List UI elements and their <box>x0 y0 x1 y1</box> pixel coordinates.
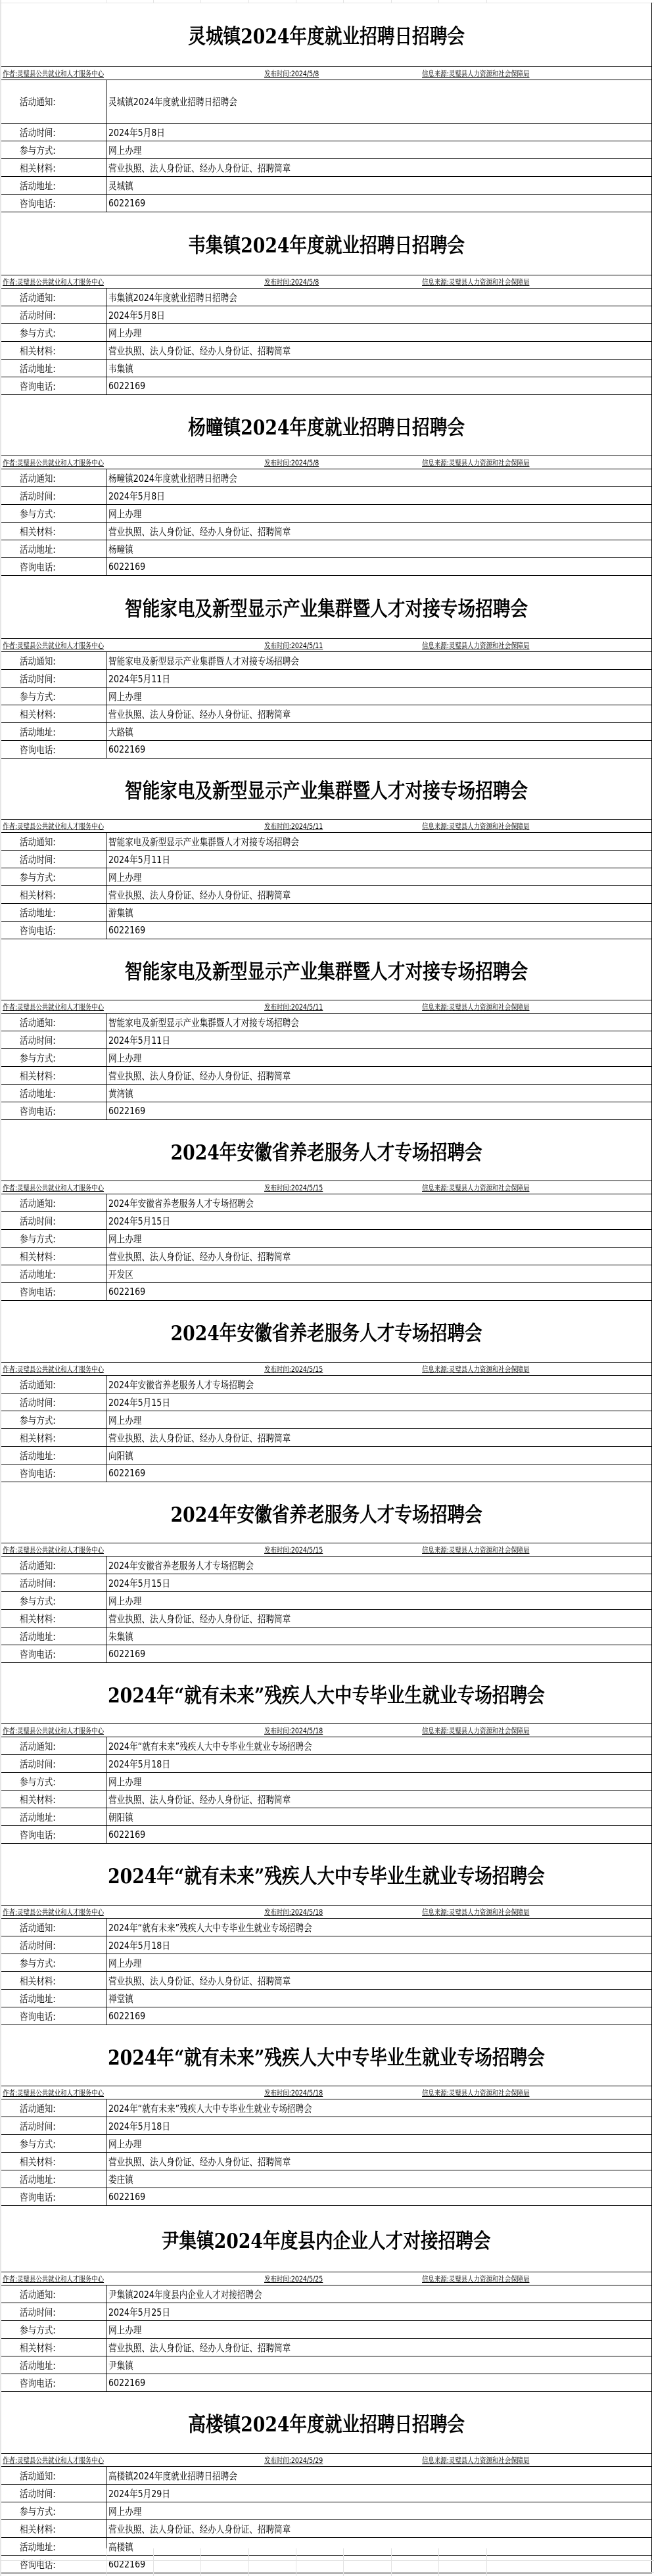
label-phone: 咨询电话: <box>1 1102 106 1119</box>
value-notice[interactable]: 2024年安徽省养老服务人才专场招聘会 <box>106 1376 651 1393</box>
value-method[interactable]: 网上办理 <box>106 1592 651 1609</box>
label-materials: 相关材料: <box>1 159 106 176</box>
author-text: 作者:灵璧县公共就业和人才服务中心 <box>3 1906 104 1919</box>
source-text: 信息来源:灵璧县人力资源和社会保障局 <box>422 1182 529 1194</box>
value-method[interactable]: 网上办理 <box>106 1411 651 1428</box>
author-text: 作者:灵璧县公共就业和人才服务中心 <box>3 2454 104 2467</box>
author-text: 作者:灵璧县公共就业和人才服务中心 <box>3 1182 104 1194</box>
block-title: 2024年“就有未来”残疾人大中专毕业生就业专场招聘会 <box>108 2041 545 2071</box>
value-materials[interactable]: 营业执照、法人身份证、经办人身份证、招聘简章 <box>106 1429 651 1446</box>
row-method[interactable]: 参与方式: 网上办理 <box>1 1592 651 1610</box>
row-phone[interactable]: 咨询电话: 6022169 <box>1 741 651 759</box>
value-address[interactable]: 娄庄镇 <box>106 2170 651 2188</box>
meta-row[interactable]: 作者:灵璧县公共就业和人才服务中心 发布时间:2024/5/18 信息来源:灵璧… <box>1 2086 651 2099</box>
row-method[interactable]: 参与方式: 网上办理 <box>1 324 651 342</box>
row-notice[interactable]: 活动通知: 杨疃镇2024年度就业招聘日招聘会 <box>1 469 651 487</box>
row-phone[interactable]: 咨询电话: 6022169 <box>1 377 651 395</box>
label-time: 活动时间: <box>1 1393 106 1411</box>
row-address[interactable]: 活动地址: 灵城镇 <box>1 177 651 195</box>
label-method: 参与方式: <box>1 1592 106 1609</box>
label-materials: 相关材料: <box>1 2339 106 2356</box>
row-notice[interactable]: 活动通知: 2024年安徽省养老服务人才专场招聘会 <box>1 1194 651 1212</box>
row-time[interactable]: 活动时间: 2024年5月29日 <box>1 2485 651 2502</box>
row-address[interactable]: 活动地址: 向阳镇 <box>1 1447 651 1464</box>
row-method[interactable]: 参与方式: 网上办理 <box>1 141 651 159</box>
row-method[interactable]: 参与方式: 网上办理 <box>1 2502 651 2520</box>
title-cell[interactable]: 2024年“就有未来”残疾人大中专毕业生就业专场招聘会 <box>1 2025 651 2086</box>
label-materials: 相关材料: <box>1 2520 106 2537</box>
publish-date-text: 发布时间:2024/5/11 <box>264 820 323 833</box>
value-time[interactable]: 2024年5月11日 <box>106 851 651 868</box>
value-notice[interactable]: 2024年“就有未来”残疾人大中专毕业生就业专场招聘会 <box>106 1737 651 1754</box>
value-materials[interactable]: 营业执照、法人身份证、经办人身份证、招聘简章 <box>106 1067 651 1084</box>
author-text: 作者:灵璧县公共就业和人才服务中心 <box>3 1363 104 1376</box>
row-notice[interactable]: 活动通知: 智能家电及新型显示产业集群暨人才对接专场招聘会 <box>1 652 651 670</box>
source-text: 信息来源:灵璧县人力资源和社会保障局 <box>422 1001 529 1014</box>
row-time[interactable]: 活动时间: 2024年5月18日 <box>1 1936 651 1954</box>
value-address[interactable]: 游集镇 <box>106 904 651 921</box>
value-time[interactable]: 2024年5月15日 <box>106 1574 651 1591</box>
value-method[interactable]: 网上办理 <box>106 324 651 341</box>
value-notice[interactable]: 灵城镇2024年度就业招聘日招聘会 <box>106 80 651 123</box>
value-phone[interactable]: 6022169 <box>106 741 651 758</box>
label-notice: 活动通知: <box>1 1737 106 1754</box>
value-notice[interactable]: 智能家电及新型显示产业集群暨人才对接专场招聘会 <box>106 1014 651 1031</box>
row-notice[interactable]: 活动通知: 2024年安徽省养老服务人才专场招聘会 <box>1 1557 651 1574</box>
label-phone: 咨询电话: <box>1 922 106 939</box>
row-time[interactable]: 活动时间: 2024年5月18日 <box>1 2117 651 2135</box>
value-address[interactable]: 韦集镇 <box>106 360 651 377</box>
meta-row[interactable]: 作者:灵璧县公共就业和人才服务中心 发布时间:2024/5/11 信息来源:灵璧… <box>1 1000 651 1014</box>
value-phone[interactable]: 6022169 <box>106 2007 651 2025</box>
row-materials[interactable]: 相关材料: 营业执照、法人身份证、经办人身份证、招聘简章 <box>1 1972 651 1990</box>
publish-date-text: 发布时间:2024/5/15 <box>264 1182 323 1194</box>
title-cell[interactable]: 2024年“就有未来”残疾人大中专毕业生就业专场招聘会 <box>1 1844 651 1906</box>
value-time[interactable]: 2024年5月11日 <box>106 1031 651 1048</box>
value-materials[interactable]: 营业执照、法人身份证、经办人身份证、招聘简章 <box>106 1972 651 1989</box>
value-notice[interactable]: 韦集镇2024年度就业招聘日招聘会 <box>106 289 651 306</box>
row-method[interactable]: 参与方式: 网上办理 <box>1 1411 651 1429</box>
job-fair-block: 智能家电及新型显示产业集群暨人才对接专场招聘会 作者:灵璧县公共就业和人才服务中… <box>1 759 652 939</box>
value-materials[interactable]: 营业执照、法人身份证、经办人身份证、招聘简章 <box>106 705 651 722</box>
value-address[interactable]: 灵城镇 <box>106 177 651 194</box>
row-phone[interactable]: 咨询电话: 6022169 <box>1 2007 651 2025</box>
label-notice: 活动通知: <box>1 1194 106 1211</box>
value-materials[interactable]: 营业执照、法人身份证、经办人身份证、招聘简章 <box>106 1248 651 1265</box>
label-address: 活动地址: <box>1 1447 106 1464</box>
row-phone[interactable]: 咨询电话: 6022169 <box>1 1102 651 1120</box>
row-notice[interactable]: 活动通知: 灵城镇2024年度就业招聘日招聘会 <box>1 80 651 124</box>
row-method[interactable]: 参与方式: 网上办理 <box>1 1049 651 1067</box>
row-time[interactable]: 活动时间: 2024年5月8日 <box>1 487 651 505</box>
source-text: 信息来源:灵璧县人力资源和社会保障局 <box>422 276 529 289</box>
row-materials[interactable]: 相关材料: 营业执照、法人身份证、经办人身份证、招聘简章 <box>1 1067 651 1085</box>
label-address: 活动地址: <box>1 1990 106 2007</box>
value-phone[interactable]: 6022169 <box>106 1464 651 1482</box>
row-address[interactable]: 活动地址: 尹集镇 <box>1 2356 651 2374</box>
row-address[interactable]: 活动地址: 开发区 <box>1 1265 651 1283</box>
value-method[interactable]: 网上办理 <box>106 868 651 885</box>
label-notice: 活动通知: <box>1 80 106 123</box>
title-cell[interactable]: 杨疃镇2024年度就业招聘日招聘会 <box>1 395 651 456</box>
label-time: 活动时间: <box>1 487 106 504</box>
label-address: 活动地址: <box>1 904 106 921</box>
value-materials[interactable]: 营业执照、法人身份证、经办人身份证、招聘简章 <box>106 2520 651 2537</box>
value-time[interactable]: 2024年5月11日 <box>106 670 651 687</box>
value-notice[interactable]: 2024年“就有未来”残疾人大中专毕业生就业专场招聘会 <box>106 1919 651 1936</box>
value-address[interactable]: 朝阳镇 <box>106 1808 651 1825</box>
row-phone[interactable]: 咨询电话: 6022169 <box>1 1826 651 1844</box>
value-address[interactable]: 向阳镇 <box>106 1447 651 1464</box>
value-method[interactable]: 网上办理 <box>106 1773 651 1790</box>
value-phone[interactable]: 6022169 <box>106 1102 651 1119</box>
row-phone[interactable]: 咨询电话: 6022169 <box>1 195 651 212</box>
value-method[interactable]: 网上办理 <box>106 688 651 705</box>
publish-date-text: 发布时间:2024/5/8 <box>264 276 319 289</box>
label-method: 参与方式: <box>1 2321 106 2338</box>
label-address: 活动地址: <box>1 2170 106 2188</box>
value-materials[interactable]: 营业执照、法人身份证、经办人身份证、招聘简章 <box>106 1610 651 1627</box>
row-notice[interactable]: 活动通知: 智能家电及新型显示产业集群暨人才对接专场招聘会 <box>1 1014 651 1031</box>
value-address[interactable]: 朱集镇 <box>106 1628 651 1645</box>
row-notice[interactable]: 活动通知: 尹集镇2024年度县内企业人才对接招聘会 <box>1 2285 651 2303</box>
source-text: 信息来源:灵璧县人力资源和社会保障局 <box>422 1725 529 1737</box>
value-method[interactable]: 网上办理 <box>106 1230 651 1247</box>
title-cell[interactable]: 智能家电及新型显示产业集群暨人才对接专场招聘会 <box>1 759 651 820</box>
label-method: 参与方式: <box>1 1230 106 1247</box>
row-method[interactable]: 参与方式: 网上办理 <box>1 2135 651 2153</box>
row-time[interactable]: 活动时间: 2024年5月15日 <box>1 1574 651 1592</box>
value-phone[interactable]: 6022169 <box>106 195 651 212</box>
value-time[interactable]: 2024年5月8日 <box>106 487 651 504</box>
job-fair-block: 2024年安徽省养老服务人才专场招聘会 作者:灵璧县公共就业和人才服务中心 发布… <box>1 1120 652 1301</box>
spreadsheet[interactable]: 灵城镇2024年度就业招聘日招聘会 作者:灵璧县公共就业和人才服务中心 发布时间… <box>1 3 652 2573</box>
row-phone[interactable]: 咨询电话: 6022169 <box>1 558 651 576</box>
value-notice[interactable]: 尹集镇2024年度县内企业人才对接招聘会 <box>106 2285 651 2303</box>
row-materials[interactable]: 相关材料: 营业执照、法人身份证、经办人身份证、招聘简章 <box>1 2339 651 2356</box>
value-method[interactable]: 网上办理 <box>106 2502 651 2519</box>
label-method: 参与方式: <box>1 1954 106 1971</box>
row-time[interactable]: 活动时间: 2024年5月8日 <box>1 306 651 324</box>
value-method[interactable]: 网上办理 <box>106 2321 651 2338</box>
row-time[interactable]: 活动时间: 2024年5月18日 <box>1 1755 651 1773</box>
source-text: 信息来源:灵璧县人力资源和社会保障局 <box>422 68 529 80</box>
row-time[interactable]: 活动时间: 2024年5月25日 <box>1 2303 651 2321</box>
meta-row[interactable]: 作者:灵璧县公共就业和人才服务中心 发布时间:2024/5/18 信息来源:灵璧… <box>1 1906 651 1919</box>
value-notice[interactable]: 智能家电及新型显示产业集群暨人才对接专场招聘会 <box>106 652 651 669</box>
value-address[interactable]: 禅堂镇 <box>106 1990 651 2007</box>
value-time[interactable]: 2024年5月15日 <box>106 1393 651 1411</box>
row-materials[interactable]: 相关材料: 营业执照、法人身份证、经办人身份证、招聘简章 <box>1 1248 651 1265</box>
value-method[interactable]: 网上办理 <box>106 505 651 522</box>
label-time: 活动时间: <box>1 2485 106 2502</box>
value-materials[interactable]: 营业执照、法人身份证、经办人身份证、招聘简章 <box>106 2339 651 2356</box>
block-title: 智能家电及新型显示产业集群暨人才对接专场招聘会 <box>125 774 528 804</box>
title-cell[interactable]: 智能家电及新型显示产业集群暨人才对接专场招聘会 <box>1 939 651 1000</box>
title-cell[interactable]: 2024年安徽省养老服务人才专场招聘会 <box>1 1120 651 1181</box>
label-materials: 相关材料: <box>1 1429 106 1446</box>
value-phone[interactable]: 6022169 <box>106 1826 651 1843</box>
row-time[interactable]: 活动时间: 2024年5月11日 <box>1 1031 651 1049</box>
label-materials: 相关材料: <box>1 1248 106 1265</box>
meta-row[interactable]: 作者:灵璧县公共就业和人才服务中心 发布时间:2024/5/8 信息来源:灵璧县… <box>1 456 651 469</box>
value-notice[interactable]: 2024年安徽省养老服务人才专场招聘会 <box>106 1557 651 1574</box>
row-address[interactable]: 活动地址: 游集镇 <box>1 904 651 922</box>
source-text: 信息来源:灵璧县人力资源和社会保障局 <box>422 1363 529 1376</box>
empty-cell-grid[interactable] <box>0 2548 654 2576</box>
row-address[interactable]: 活动地址: 朝阳镇 <box>1 1808 651 1826</box>
label-phone: 咨询电话: <box>1 1283 106 1300</box>
meta-row[interactable]: 作者:灵璧县公共就业和人才服务中心 发布时间:2024/5/15 信息来源:灵璧… <box>1 1543 651 1557</box>
label-notice: 活动通知: <box>1 1919 106 1936</box>
job-fair-block: 2024年“就有未来”残疾人大中专毕业生就业专场招聘会 作者:灵璧县公共就业和人… <box>1 1844 652 2025</box>
block-title: 2024年安徽省养老服务人才专场招聘会 <box>170 1317 482 1346</box>
meta-row[interactable]: 作者:灵璧县公共就业和人才服务中心 发布时间:2024/5/18 信息来源:灵璧… <box>1 1724 651 1737</box>
value-method[interactable]: 网上办理 <box>106 1954 651 1971</box>
job-fair-block: 智能家电及新型显示产业集群暨人才对接专场招聘会 作者:灵璧县公共就业和人才服务中… <box>1 939 652 1120</box>
meta-row[interactable]: 作者:灵璧县公共就业和人才服务中心 发布时间:2024/5/11 信息来源:灵璧… <box>1 639 651 652</box>
label-notice: 活动通知: <box>1 2467 106 2484</box>
row-notice[interactable]: 活动通知: 2024年“就有未来”残疾人大中专毕业生就业专场招聘会 <box>1 2099 651 2117</box>
publish-date-text: 发布时间:2024/5/15 <box>264 1363 323 1376</box>
label-address: 活动地址: <box>1 723 106 740</box>
label-method: 参与方式: <box>1 868 106 885</box>
source-text: 信息来源:灵璧县人力资源和社会保障局 <box>422 640 529 652</box>
label-materials: 相关材料: <box>1 1791 106 1808</box>
value-time[interactable]: 2024年5月8日 <box>106 306 651 323</box>
job-fair-block: 智能家电及新型显示产业集群暨人才对接专场招聘会 作者:灵璧县公共就业和人才服务中… <box>1 576 652 759</box>
row-materials[interactable]: 相关材料: 营业执照、法人身份证、经办人身份证、招聘简章 <box>1 2520 651 2538</box>
label-phone: 咨询电话: <box>1 2007 106 2025</box>
label-time: 活动时间: <box>1 1031 106 1048</box>
label-address: 活动地址: <box>1 1265 106 1282</box>
block-title: 2024年“就有未来”残疾人大中专毕业生就业专场招聘会 <box>108 1860 545 1889</box>
title-cell[interactable]: 灵城镇2024年度就业招聘日招聘会 <box>1 3 651 67</box>
row-materials[interactable]: 相关材料: 营业执照、法人身份证、经办人身份证、招聘简章 <box>1 886 651 904</box>
source-text: 信息来源:灵璧县人力资源和社会保障局 <box>422 820 529 833</box>
value-address[interactable]: 大路镇 <box>106 723 651 740</box>
label-materials: 相关材料: <box>1 886 106 903</box>
row-materials[interactable]: 相关材料: 营业执照、法人身份证、经办人身份证、招聘简章 <box>1 1610 651 1628</box>
source-text: 信息来源:灵璧县人力资源和社会保障局 <box>422 457 529 469</box>
author-text: 作者:灵璧县公共就业和人才服务中心 <box>3 1001 104 1014</box>
title-cell[interactable]: 高楼镇2024年度就业招聘日招聘会 <box>1 2392 651 2454</box>
label-phone: 咨询电话: <box>1 2188 106 2205</box>
label-address: 活动地址: <box>1 2356 106 2374</box>
value-time[interactable]: 2024年5月18日 <box>106 1755 651 1772</box>
value-notice[interactable]: 杨疃镇2024年度就业招聘日招聘会 <box>106 469 651 486</box>
row-address[interactable]: 活动地址: 禅堂镇 <box>1 1990 651 2007</box>
row-phone[interactable]: 咨询电话: 6022169 <box>1 1283 651 1301</box>
job-fair-block: 灵城镇2024年度就业招聘日招聘会 作者:灵璧县公共就业和人才服务中心 发布时间… <box>1 3 652 212</box>
row-notice[interactable]: 活动通知: 2024年“就有未来”残疾人大中专毕业生就业专场招聘会 <box>1 1737 651 1755</box>
meta-row[interactable]: 作者:灵璧县公共就业和人才服务中心 发布时间:2024/5/15 信息来源:灵璧… <box>1 1363 651 1376</box>
publish-date-text: 发布时间:2024/5/11 <box>264 1001 323 1014</box>
job-fair-block: 尹集镇2024年度县内企业人才对接招聘会 作者:灵璧县公共就业和人才服务中心 发… <box>1 2206 652 2392</box>
row-materials[interactable]: 相关材料: 营业执照、法人身份证、经办人身份证、招聘简章 <box>1 342 651 360</box>
label-time: 活动时间: <box>1 124 106 141</box>
value-materials[interactable]: 营业执照、法人身份证、经办人身份证、招聘简章 <box>106 159 651 176</box>
row-method[interactable]: 参与方式: 网上办理 <box>1 1773 651 1791</box>
block-title: 高楼镇2024年度就业招聘日招聘会 <box>188 2408 465 2437</box>
meta-row[interactable]: 作者:灵璧县公共就业和人才服务中心 发布时间:2024/5/25 信息来源:灵璧… <box>1 2272 651 2285</box>
row-materials[interactable]: 相关材料: 营业执照、法人身份证、经办人身份证、招聘简章 <box>1 523 651 540</box>
row-phone[interactable]: 咨询电话: 6022169 <box>1 922 651 939</box>
value-method[interactable]: 网上办理 <box>106 2135 651 2152</box>
label-time: 活动时间: <box>1 2303 106 2320</box>
source-text: 信息来源:灵璧县人力资源和社会保障局 <box>422 2454 529 2467</box>
label-address: 活动地址: <box>1 540 106 557</box>
label-phone: 咨询电话: <box>1 195 106 212</box>
row-materials[interactable]: 相关材料: 营业执照、法人身份证、经办人身份证、招聘简章 <box>1 1791 651 1808</box>
value-phone[interactable]: 6022169 <box>106 2374 651 2391</box>
label-notice: 活动通知: <box>1 1557 106 1574</box>
row-address[interactable]: 活动地址: 娄庄镇 <box>1 2170 651 2188</box>
row-address[interactable]: 活动地址: 韦集镇 <box>1 360 651 377</box>
job-fair-block: 杨疃镇2024年度就业招聘日招聘会 作者:灵璧县公共就业和人才服务中心 发布时间… <box>1 395 652 576</box>
row-time[interactable]: 活动时间: 2024年5月15日 <box>1 1212 651 1230</box>
label-phone: 咨询电话: <box>1 558 106 575</box>
value-address[interactable]: 黄湾镇 <box>106 1085 651 1102</box>
row-materials[interactable]: 相关材料: 营业执照、法人身份证、经办人身份证、招聘简章 <box>1 159 651 177</box>
label-phone: 咨询电话: <box>1 741 106 758</box>
row-phone[interactable]: 咨询电话: 6022169 <box>1 1645 651 1663</box>
label-time: 活动时间: <box>1 1936 106 1954</box>
value-notice[interactable]: 高楼镇2024年度就业招聘日招聘会 <box>106 2467 651 2484</box>
meta-row[interactable]: 作者:灵璧县公共就业和人才服务中心 发布时间:2024/5/29 信息来源:灵璧… <box>1 2454 651 2467</box>
label-notice: 活动通知: <box>1 833 106 850</box>
label-method: 参与方式: <box>1 1411 106 1428</box>
value-method[interactable]: 网上办理 <box>106 1049 651 1066</box>
title-cell[interactable]: 2024年安徽省养老服务人才专场招聘会 <box>1 1482 651 1543</box>
block-title: 尹集镇2024年度县内企业人才对接招聘会 <box>162 2224 491 2254</box>
value-address[interactable]: 杨疃镇 <box>106 540 651 557</box>
label-time: 活动时间: <box>1 306 106 323</box>
value-time[interactable]: 2024年5月25日 <box>106 2303 651 2320</box>
title-cell[interactable]: 智能家电及新型显示产业集群暨人才对接专场招聘会 <box>1 576 651 639</box>
label-address: 活动地址: <box>1 360 106 377</box>
row-phone[interactable]: 咨询电话: 6022169 <box>1 1464 651 1482</box>
label-phone: 咨询电话: <box>1 1645 106 1662</box>
meta-row[interactable]: 作者:灵璧县公共就业和人才服务中心 发布时间:2024/5/8 信息来源:灵璧县… <box>1 67 651 80</box>
value-notice[interactable]: 2024年“就有未来”残疾人大中专毕业生就业专场招聘会 <box>106 2099 651 2117</box>
label-time: 活动时间: <box>1 670 106 687</box>
row-materials[interactable]: 相关材料: 营业执照、法人身份证、经办人身份证、招聘简章 <box>1 2153 651 2170</box>
row-method[interactable]: 参与方式: 网上办理 <box>1 505 651 523</box>
meta-row[interactable]: 作者:灵璧县公共就业和人才服务中心 发布时间:2024/5/15 信息来源:灵璧… <box>1 1181 651 1194</box>
row-method[interactable]: 参与方式: 网上办理 <box>1 1230 651 1248</box>
author-text: 作者:灵璧县公共就业和人才服务中心 <box>3 457 104 469</box>
row-notice[interactable]: 活动通知: 2024年“就有未来”残疾人大中专毕业生就业专场招聘会 <box>1 1919 651 1936</box>
row-notice[interactable]: 活动通知: 韦集镇2024年度就业招聘日招聘会 <box>1 289 651 306</box>
row-method[interactable]: 参与方式: 网上办理 <box>1 688 651 705</box>
value-time[interactable]: 2024年5月18日 <box>106 1936 651 1954</box>
meta-row[interactable]: 作者:灵璧县公共就业和人才服务中心 发布时间:2024/5/8 信息来源:灵璧县… <box>1 275 651 289</box>
row-notice[interactable]: 活动通知: 高楼镇2024年度就业招聘日招聘会 <box>1 2467 651 2485</box>
row-time[interactable]: 活动时间: 2024年5月11日 <box>1 670 651 688</box>
value-time[interactable]: 2024年5月15日 <box>106 1212 651 1229</box>
title-cell[interactable]: 2024年“就有未来”残疾人大中专毕业生就业专场招聘会 <box>1 1663 651 1724</box>
row-method[interactable]: 参与方式: 网上办理 <box>1 1954 651 1972</box>
row-notice[interactable]: 活动通知: 2024年安徽省养老服务人才专场招聘会 <box>1 1376 651 1393</box>
value-notice[interactable]: 2024年安徽省养老服务人才专场招聘会 <box>106 1194 651 1211</box>
value-materials[interactable]: 营业执照、法人身份证、经办人身份证、招聘简章 <box>106 1791 651 1808</box>
row-time[interactable]: 活动时间: 2024年5月11日 <box>1 851 651 868</box>
label-notice: 活动通知: <box>1 652 106 669</box>
job-fair-block: 2024年安徽省养老服务人才专场招聘会 作者:灵璧县公共就业和人才服务中心 发布… <box>1 1482 652 1663</box>
job-fair-block: 高楼镇2024年度就业招聘日招聘会 作者:灵璧县公共就业和人才服务中心 发布时间… <box>1 2392 652 2573</box>
value-materials[interactable]: 营业执照、法人身份证、经办人身份证、招聘简章 <box>106 2153 651 2170</box>
row-method[interactable]: 参与方式: 网上办理 <box>1 2321 651 2339</box>
label-materials: 相关材料: <box>1 2153 106 2170</box>
row-notice[interactable]: 活动通知: 智能家电及新型显示产业集群暨人才对接专场招聘会 <box>1 833 651 851</box>
value-phone[interactable]: 6022169 <box>106 922 651 939</box>
row-address[interactable]: 活动地址: 黄湾镇 <box>1 1085 651 1102</box>
row-time[interactable]: 活动时间: 2024年5月15日 <box>1 1393 651 1411</box>
label-phone: 咨询电话: <box>1 377 106 394</box>
publish-date-text: 发布时间:2024/5/15 <box>264 1544 323 1557</box>
row-address[interactable]: 活动地址: 大路镇 <box>1 723 651 741</box>
author-text: 作者:灵璧县公共就业和人才服务中心 <box>3 68 104 80</box>
title-cell[interactable]: 2024年安徽省养老服务人才专场招聘会 <box>1 1301 651 1363</box>
row-time[interactable]: 活动时间: 2024年5月8日 <box>1 124 651 141</box>
title-cell[interactable]: 尹集镇2024年度县内企业人才对接招聘会 <box>1 2206 651 2272</box>
value-notice[interactable]: 智能家电及新型显示产业集群暨人才对接专场招聘会 <box>106 833 651 850</box>
value-address[interactable]: 尹集镇 <box>106 2356 651 2374</box>
title-cell[interactable]: 韦集镇2024年度就业招聘日招聘会 <box>1 212 651 275</box>
job-fair-block: 2024年“就有未来”残疾人大中专毕业生就业专场招聘会 作者:灵璧县公共就业和人… <box>1 1663 652 1844</box>
source-text: 信息来源:灵璧县人力资源和社会保障局 <box>422 2273 529 2285</box>
row-address[interactable]: 活动地址: 朱集镇 <box>1 1628 651 1645</box>
author-text: 作者:灵璧县公共就业和人才服务中心 <box>3 1725 104 1737</box>
label-notice: 活动通知: <box>1 2285 106 2303</box>
value-materials[interactable]: 营业执照、法人身份证、经办人身份证、招聘简章 <box>106 342 651 359</box>
label-materials: 相关材料: <box>1 1972 106 1989</box>
value-phone[interactable]: 6022169 <box>106 558 651 575</box>
label-materials: 相关材料: <box>1 1067 106 1084</box>
label-method: 参与方式: <box>1 1049 106 1066</box>
value-time[interactable]: 2024年5月18日 <box>106 2117 651 2134</box>
row-phone[interactable]: 咨询电话: 6022169 <box>1 2188 651 2206</box>
publish-date-text: 发布时间:2024/5/18 <box>264 1906 323 1919</box>
meta-row[interactable]: 作者:灵璧县公共就业和人才服务中心 发布时间:2024/5/11 信息来源:灵璧… <box>1 820 651 833</box>
row-method[interactable]: 参与方式: 网上办理 <box>1 868 651 886</box>
value-phone[interactable]: 6022169 <box>106 1645 651 1662</box>
value-time[interactable]: 2024年5月8日 <box>106 124 651 141</box>
value-method[interactable]: 网上办理 <box>106 141 651 158</box>
row-materials[interactable]: 相关材料: 营业执照、法人身份证、经办人身份证、招聘简章 <box>1 1429 651 1447</box>
value-phone[interactable]: 6022169 <box>106 2188 651 2205</box>
row-address[interactable]: 活动地址: 杨疃镇 <box>1 540 651 558</box>
label-phone: 咨询电话: <box>1 1826 106 1843</box>
value-materials[interactable]: 营业执照、法人身份证、经办人身份证、招聘简章 <box>106 886 651 903</box>
publish-date-text: 发布时间:2024/5/18 <box>264 2087 323 2099</box>
block-title: 2024年安徽省养老服务人才专场招聘会 <box>170 1498 482 1528</box>
value-address[interactable]: 开发区 <box>106 1265 651 1282</box>
value-time[interactable]: 2024年5月29日 <box>106 2485 651 2502</box>
value-phone[interactable]: 6022169 <box>106 377 651 394</box>
label-notice: 活动通知: <box>1 1014 106 1031</box>
label-time: 活动时间: <box>1 851 106 868</box>
label-address: 活动地址: <box>1 177 106 194</box>
value-phone[interactable]: 6022169 <box>106 1283 651 1300</box>
label-time: 活动时间: <box>1 1755 106 1772</box>
row-phone[interactable]: 咨询电话: 6022169 <box>1 2374 651 2392</box>
label-notice: 活动通知: <box>1 289 106 306</box>
label-materials: 相关材料: <box>1 1610 106 1627</box>
row-materials[interactable]: 相关材料: 营业执照、法人身份证、经办人身份证、招聘简章 <box>1 705 651 723</box>
value-materials[interactable]: 营业执照、法人身份证、经办人身份证、招聘简章 <box>106 523 651 540</box>
